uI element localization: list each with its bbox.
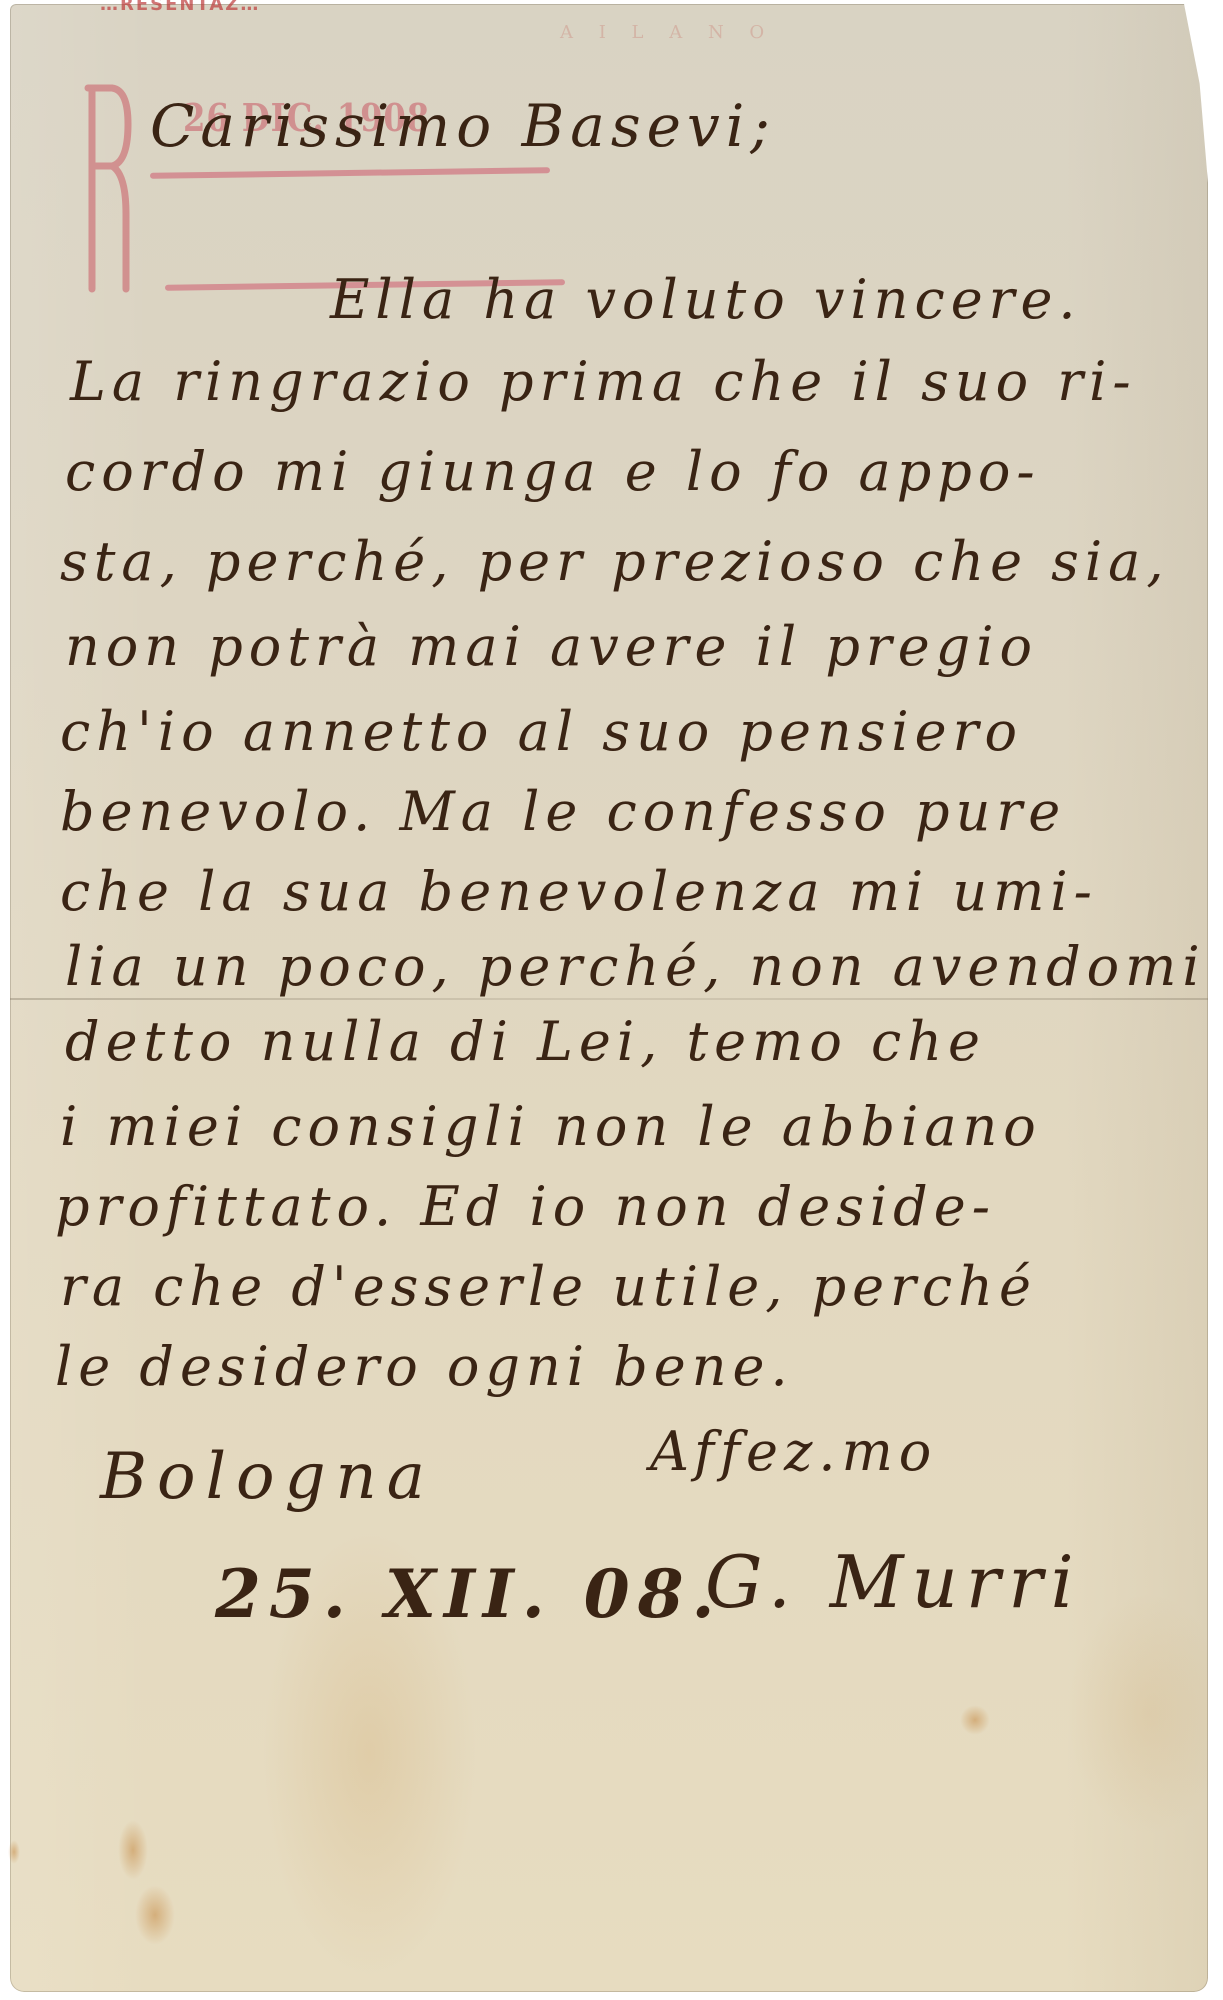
letter-line: Ella ha voluto vincere. bbox=[330, 268, 1082, 331]
registered-r-stamp-icon bbox=[82, 84, 132, 294]
letter-line: profittato. Ed io non deside- bbox=[55, 1175, 996, 1238]
letter-line: ra che d'esserle utile, perché bbox=[60, 1255, 1037, 1318]
letter-line: benevolo. Ma le confesso pure bbox=[60, 780, 1066, 843]
letter-line: lia un poco, perché, non avendomi bbox=[65, 935, 1206, 998]
letter-line: ch'io annetto al suo pensiero bbox=[60, 700, 1023, 763]
letter-line: non potrà mai avere il pregio bbox=[65, 615, 1038, 678]
letter-line: sta, perché, per prezioso che sia, bbox=[60, 530, 1170, 593]
letter-place: Bologna bbox=[100, 1440, 435, 1514]
foxing-stain bbox=[8, 1840, 20, 1864]
letter-line: La ringrazio prima che il suo ri- bbox=[70, 350, 1137, 413]
letter-date: 25. XII. 08. bbox=[215, 1555, 723, 1633]
letter-signature: G. Murri bbox=[705, 1540, 1082, 1624]
letter-line: cordo mi giunga e lo fo appo- bbox=[65, 440, 1041, 503]
letter-line: i miei consigli non le abbiano bbox=[60, 1095, 1042, 1158]
letter-closing: Affez.mo bbox=[650, 1420, 937, 1483]
foxing-stain bbox=[960, 1705, 990, 1735]
foxing-stain bbox=[135, 1885, 175, 1945]
foxing-stain bbox=[118, 1820, 148, 1880]
fold-crease bbox=[10, 998, 1208, 1000]
letter-line: detto nulla di Lei, temo che bbox=[65, 1010, 986, 1073]
letter-line: le desidero ogni bene. bbox=[55, 1335, 794, 1398]
postal-stamp-faint-text: A I L A N O bbox=[560, 22, 774, 43]
letter-line: che la sua benevolenza mi umi- bbox=[60, 860, 1098, 923]
postal-stamp-header: …RESENTAZ… bbox=[100, 0, 260, 15]
letter-salutation: Carissimo Basevi; bbox=[150, 92, 776, 160]
